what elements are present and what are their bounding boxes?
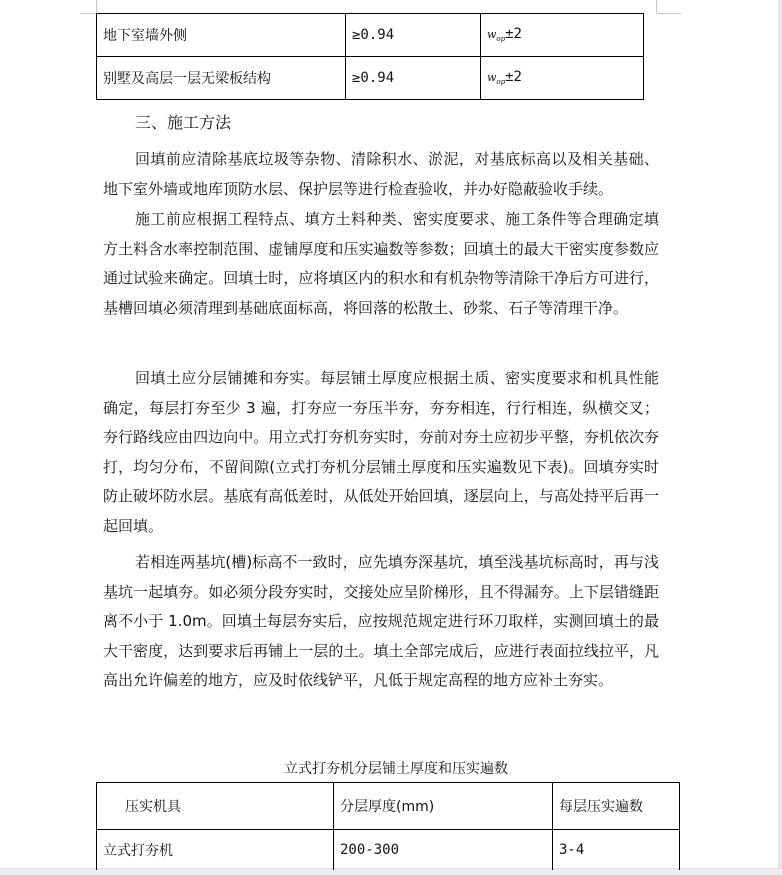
moisture-cell: wop±2 [481,57,644,100]
moisture-symbol: wop [487,28,505,41]
machine-cell: 立式打夯机 [97,830,334,871]
header-cell: 每层压实遍数 [553,783,680,830]
thickness-cell: 200-300 [334,830,553,871]
header-cell: 分层厚度(mm) [334,783,553,830]
table-caption-text: 立式打夯机分层铺土厚度和压实遍数 [284,761,508,777]
compaction-requirements-table: 地下室墙外侧 ≥0.94 wop±2 别墅及高层一层无梁板结构 ≥0.94 wo… [96,13,644,100]
page-corner-mark-top-right [656,0,657,13]
paragraph: 回填前应清除基底垃圾等杂物、清除积水、淤泥，对基底标高以及相关基础、地下室外墙或… [103,145,659,204]
table-header-row: 压实机具 分层厚度(mm) 每层压实遍数 [97,783,680,830]
section-heading: 三、施工方法 [135,110,231,133]
moisture-tolerance: ±2 [505,69,522,85]
moisture-symbol: wop [487,71,505,84]
moisture-cell: wop±2 [481,14,644,57]
paragraph-text: 回填前应清除基底垃圾等杂物、清除积水、淤泥，对基底标高以及相关基础、地下室外墙或… [103,145,659,204]
moisture-tolerance: ±2 [505,26,522,42]
paragraph: 施工前应根据工程特点、填方土料种类、密实度要求、施工条件等合理确定填方土料含水率… [103,205,659,323]
table-row: 地下室墙外侧 ≥0.94 wop±2 [97,14,644,57]
paragraph: 回填土应分层铺摊和夯实。每层铺土厚度应根据土质、密实度要求和机具性能确定，每层打… [103,364,659,541]
paragraph-text: 若相连两基坑(槽)标高不一致时，应先填夯深基坑，填至浅基坑标高时，再与浅基坑一起… [103,548,659,696]
page-corner-mark-top-left [96,0,97,13]
header-cell: 压实机具 [97,783,334,830]
location-cell: 地下室墙外侧 [97,14,346,57]
paragraph: 若相连两基坑(槽)标高不一致时，应先填夯深基坑，填至浅基坑标高时，再与浅基坑一起… [103,548,659,696]
table-row: 别墅及高层一层无梁板结构 ≥0.94 wop±2 [97,57,644,100]
page-corner-mark-top-right [657,13,681,14]
location-cell: 别墅及高层一层无梁板结构 [97,57,346,100]
table-row: 立式打夯机 200-300 3-4 [97,830,680,871]
page-right-gutter [778,0,782,875]
compaction-cell: ≥0.94 [346,57,481,100]
compaction-cell: ≥0.94 [346,14,481,57]
passes-cell: 3-4 [553,830,680,871]
paragraph-text: 回填土应分层铺摊和夯实。每层铺土厚度应根据土质、密实度要求和机具性能确定，每层打… [103,364,659,541]
table-caption: 立式打夯机分层铺土厚度和压实遍数 [0,758,782,778]
page-corner-mark-top-left [80,13,96,14]
paragraph-text: 施工前应根据工程特点、填方土料种类、密实度要求、施工条件等合理确定填方土料含水率… [103,205,659,323]
tamper-layer-table: 压实机具 分层厚度(mm) 每层压实遍数 立式打夯机 200-300 3-4 [96,782,680,870]
